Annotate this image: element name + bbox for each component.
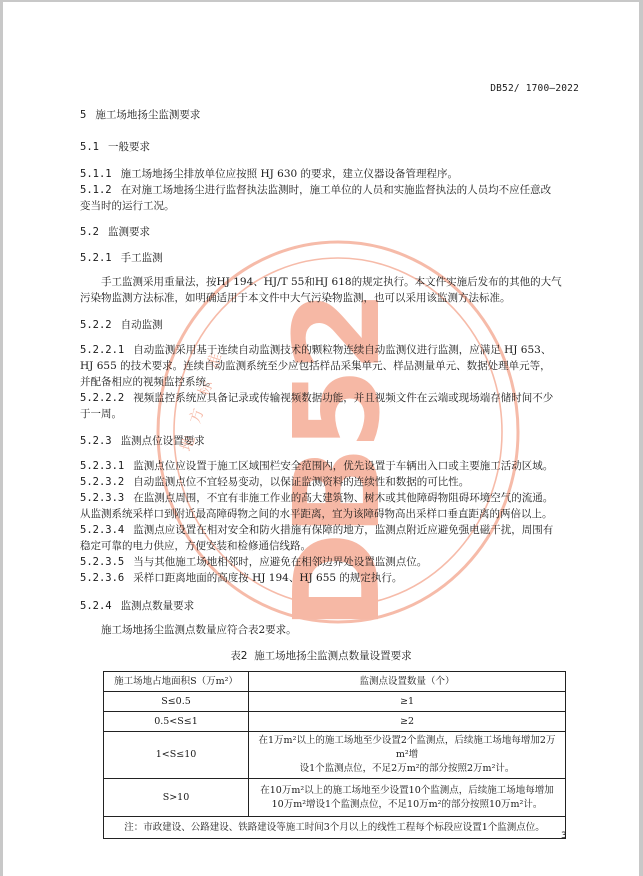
clause-5-2-3-2: 5.2.3.2自动监测点位不宜轻易变动，以保证监测资料的连续性和数据的可比性。 xyxy=(80,475,469,489)
clause-5-1-1: 5.1.1施工场地扬尘排放单位应按照 HJ 630 的要求，建立仪器设备管理程序… xyxy=(80,167,458,181)
clause-5-2-3-4: 5.2.3.4监测点应设置在相对安全和防火措施有保障的地方，监测点附近应避免强电… xyxy=(80,523,553,537)
para-5-2-1-line2: 污染物监测方法标准，如明确适用于本文件中大气污染物监测，也可以采用该监测方法标准… xyxy=(80,291,511,305)
cell-area: S≤0.5 xyxy=(104,692,249,712)
table-header-row: 施工场地占地面积S（万m²） 监测点设置数量（个） xyxy=(104,672,566,692)
section-5-heading: 5施工场地扬尘监测要求 xyxy=(80,108,200,122)
document-page: DB52 地方标准 DB52/ 1700—2022 5施工场地扬尘监测要求 5.… xyxy=(3,2,639,876)
clause-5-2-2-1-cont2: 并配备相应的视频监控系统。 xyxy=(80,375,217,389)
column-header-count: 监测点设置数量（个） xyxy=(249,672,566,692)
para-5-2-1-line1: 手工监测采用重量法，按HJ 194、HJ/T 55和HJ 618的规定执行。本文… xyxy=(101,275,562,289)
table-2: 施工场地占地面积S（万m²） 监测点设置数量（个） S≤0.5 ≥1 0.5<S… xyxy=(103,671,566,839)
cell-count: ≥1 xyxy=(249,692,566,712)
cell-area: S>10 xyxy=(104,779,249,817)
cell-count: 在1万m²以上的施工场地至少设置2个监测点，后续施工场地每增加2万m²增 设1个… xyxy=(249,732,566,779)
clause-5-2-3-5: 5.2.3.5当与其他施工场地相邻时，应避免在相邻边界处设置监测点位。 xyxy=(80,555,427,569)
table-2-caption: 表2 施工场地扬尘监测点数量设置要求 xyxy=(3,648,639,663)
section-5-2-4-heading: 5.2.4监测点数量要求 xyxy=(80,599,194,613)
clause-5-2-3-4-cont: 稳定可靠的电力供应，方便安装和检修通信线路。 xyxy=(80,539,311,553)
clause-5-2-3-6: 5.2.3.6采样口距离地面的高度按 HJ 194、HJ 655 的规定执行。 xyxy=(80,571,402,585)
clause-5-1-2: 5.1.2在对施工场地扬尘进行监督执法监测时，施工单位的人员和实施监督执法的人员… xyxy=(80,183,551,197)
clause-5-1-2-cont: 变当时的运行工况。 xyxy=(80,199,175,213)
table-row: S≤0.5 ≥1 xyxy=(104,692,566,712)
table-note-row: 注：市政建设、公路建设、铁路建设等施工时间3个月以上的线性工程每个标段应设置1个… xyxy=(104,817,566,839)
cell-area: 0.5<S≤1 xyxy=(104,712,249,732)
table-row: S>10 在10万m²以上的施工场地至少设置10个监测点，后续施工场地每增加 1… xyxy=(104,779,566,817)
clause-5-2-2-2: 5.2.2.2视频监控系统应具备记录或传输视频数据功能，并且视频文件在云端或现场… xyxy=(80,391,553,405)
para-5-2-4: 施工场地扬尘监测点数量应符合表2要求。 xyxy=(101,623,297,637)
section-5-2-1-heading: 5.2.1手工监测 xyxy=(80,251,163,265)
page-number: 3 xyxy=(561,831,567,841)
section-5-2-3-heading: 5.2.3监测点位设置要求 xyxy=(80,434,205,448)
section-5-2-heading: 5.2监测要求 xyxy=(80,225,150,239)
cell-area: 1<S≤10 xyxy=(104,732,249,779)
column-header-area: 施工场地占地面积S（万m²） xyxy=(104,672,249,692)
table-row: 0.5<S≤1 ≥2 xyxy=(104,712,566,732)
table-row: 1<S≤10 在1万m²以上的施工场地至少设置2个监测点，后续施工场地每增加2万… xyxy=(104,732,566,779)
clause-5-2-2-1-cont1: HJ 655 的技术要求。连续自动监测系统至少应包括样品采集单元、样品测量单元、… xyxy=(80,359,551,373)
section-5-1-heading: 5.1一般要求 xyxy=(80,140,150,154)
clause-5-2-2-1: 5.2.2.1自动监测采用基于连续自动监测技术的颗粒物连续自动监测仪进行监测，应… xyxy=(80,343,551,357)
document-code: DB52/ 1700—2022 xyxy=(490,83,579,94)
clause-5-2-2-2-cont: 于一周。 xyxy=(80,407,122,421)
cell-count: 在10万m²以上的施工场地至少设置10个监测点，后续施工场地每增加 10万m²增… xyxy=(249,779,566,817)
cell-count: ≥2 xyxy=(249,712,566,732)
section-5-2-2-heading: 5.2.2自动监测 xyxy=(80,318,163,332)
table-note: 注：市政建设、公路建设、铁路建设等施工时间3个月以上的线性工程每个标段应设置1个… xyxy=(104,817,566,839)
clause-5-2-3-1: 5.2.3.1监测点位应设置于施工区域围栏安全范围内，优先设置于车辆出入口或主要… xyxy=(80,459,553,473)
clause-5-2-3-3-cont: 从监测系统采样口到附近最高障碍物之间的水平距离，宜为该障碍物高出采样口垂直距离的… xyxy=(80,507,553,521)
clause-5-2-3-3: 5.2.3.3在监测点周围，不宜有非施工作业的高大建筑物、树木或其他障碍物阻碍环… xyxy=(80,491,553,505)
